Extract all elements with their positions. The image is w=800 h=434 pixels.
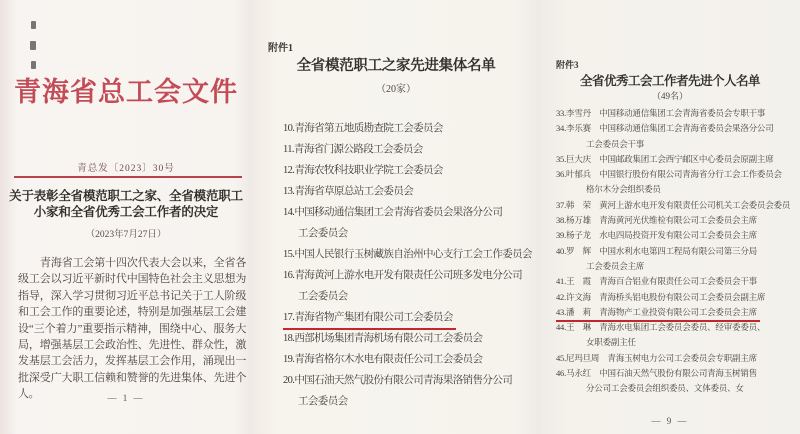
list-item: 16.青海黄河上游水电开发有限责任公司班多发电分公司 <box>283 265 532 286</box>
page-number-left: — 1 — <box>0 393 252 403</box>
scan-artifact <box>30 41 36 50</box>
list-item-text: 42.许文海 青海桥头铝电股份有限公司工会委员会副主席 <box>556 292 765 302</box>
list-item: 15.中国人民银行玉树藏族自治州中心支行工会工作委员会 <box>283 244 532 265</box>
attachment-3-title: 全省优秀工会工作者先进个人名单 <box>540 71 800 89</box>
list-item-text: 女职委副主任 <box>586 337 636 347</box>
list-item: 13.青海省草原总站工会委员会 <box>283 181 532 202</box>
list-item-text: 33.李雪丹 中国移动通信集团工会青海省委员会专职干事 <box>556 108 765 118</box>
list-item-text: 40.罗 辉 中国水利水电第四工程局有限公司第三分局 <box>556 246 757 256</box>
individual-name-list: 33.李雪丹 中国移动通信集团工会青海省委员会专职干事34.李乐赛 中国移动通信… <box>556 106 790 397</box>
list-item: 37.韩 荣 黄河上游水电开发有限责任公司机关工会委员会委员 <box>556 198 790 213</box>
scan-artifact <box>31 61 36 69</box>
list-item: 工会委员会 <box>283 286 532 307</box>
list-item-text: 格尔木分会组织委员 <box>586 184 661 194</box>
page-number-right: — 9 — <box>540 416 800 426</box>
list-item-text: 36.叶郁兵 中国银行股份有限公司青海省分行工会工作委员会 <box>556 169 782 179</box>
document-body-paragraph: 青海省工会第十四次代表大会以来，全省各级工会以习近平新时代中国特色社会主义思想为… <box>18 255 246 403</box>
list-item: 女职委副主任 <box>556 335 790 350</box>
scanned-document: 青海省总工会文件 青总发〔2023〕30号 关于表彰全省模范职工之家、全省模范职… <box>0 0 800 434</box>
collective-name-list: 10.青海省第五地质勘查院工会委员会11.青海省门源公路段工会委员会12.青海农… <box>283 118 532 412</box>
list-item-text: 工会委员会 <box>298 291 348 302</box>
document-title-line1: 关于表彰全省模范职工之家、全省模范职工 <box>6 189 246 205</box>
list-item-text: 45.尼玛旦周 青海玉树电力公司工会委员会专职副主席 <box>556 353 757 363</box>
document-number: 青总发〔2023〕30号 <box>0 160 252 174</box>
list-item-text: 37.韩 荣 黄河上游水电开发有限责任公司机关工会委员会委员 <box>556 200 790 210</box>
list-item: 20.中国石油天然气股份有限公司青海果洛销售分公司 <box>283 370 532 391</box>
document-header-title: 青海省总工会文件 <box>0 70 252 109</box>
list-item: 46.马永红 中国石油天然气股份有限公司青海玉树销售 <box>556 366 790 381</box>
list-item: 17.青海省物产集团有限公司工会委员会 <box>283 307 532 328</box>
list-item: 11.青海省门源公路段工会委员会 <box>283 139 532 160</box>
list-item: 18.西部机场集团青海机场有限公司工会委员会 <box>283 328 532 349</box>
document-title: 关于表彰全省模范职工之家、全省模范职工 小家和全省优秀工会工作者的决定 <box>6 189 246 220</box>
list-item-text: 工会委员会主席 <box>586 261 644 271</box>
list-item: 44.王 琳 青海水电集团工会委员会委员、经审委委员、 <box>556 320 790 335</box>
attachment-1-title: 全省模范职工之家先进集体名单 <box>252 54 540 75</box>
list-item-text: 工会委员会 <box>298 228 348 239</box>
list-item-text: 35.巨大庆 中国邮政集团工会西宁邮区中心委员会原副主席 <box>556 154 774 164</box>
attachment-1-page: 附件1 全省模范职工之家先进集体名单 （20家） 10.青海省第五地质勘查院工会… <box>252 0 540 434</box>
left-page-cover: 青海省总工会文件 青总发〔2023〕30号 关于表彰全省模范职工之家、全省模范职… <box>0 0 252 434</box>
list-item: 34.李乐赛 中国移动通信集团工会青海省委员会果洛分公司 <box>556 121 790 136</box>
list-item-text: 12.青海农牧科技职业学院工会委员会 <box>283 165 443 176</box>
list-item: 42.许文海 青海桥头铝电股份有限公司工会委员会副主席 <box>556 290 790 305</box>
list-item-text: 20.中国石油天然气股份有限公司青海果洛销售分公司 <box>283 375 512 386</box>
attachment-3-label: 附件3 <box>556 58 579 71</box>
list-item-text: 46.马永红 中国石油天然气股份有限公司青海玉树销售 <box>556 368 757 378</box>
list-item: 43.潘 莉 青海物产工业投资有限公司工会委员会主席 <box>556 305 790 320</box>
list-item-text: 11.青海省门源公路段工会委员会 <box>283 144 423 155</box>
list-item-text: 18.西部机场集团青海机场有限公司工会委员会 <box>283 333 482 344</box>
list-item: 38.杨万雄 青海黄河光伏维检有限公司工会委员会主席 <box>556 213 790 228</box>
list-item-text: 17.青海省物产集团有限公司工会委员会 <box>283 307 456 330</box>
list-item: 工会委员会 <box>283 391 532 412</box>
attachment-1-label: 附件1 <box>268 39 293 54</box>
list-item: 35.巨大庆 中国邮政集团工会西宁邮区中心委员会原副主席 <box>556 152 790 167</box>
list-item-text: 分公司工会委员会组织委员、文体委员、女 <box>586 383 744 393</box>
list-item-text: 13.青海省草原总站工会委员会 <box>283 186 413 197</box>
list-item-text: 39.杨子龙 水电四局投资开发有限公司工会委员会主席 <box>556 230 757 240</box>
list-item-text: 10.青海省第五地质勘查院工会委员会 <box>283 123 443 134</box>
scan-artifact <box>31 21 36 29</box>
list-item: 工会委员会主席 <box>556 259 790 274</box>
list-item: 33.李雪丹 中国移动通信集团工会青海省委员会专职干事 <box>556 106 790 121</box>
document-title-line2: 小家和全省优秀工会工作者的决定 <box>6 205 246 221</box>
list-item: 39.杨子龙 水电四局投资开发有限公司工会委员会主席 <box>556 228 790 243</box>
list-item: 36.叶郁兵 中国银行股份有限公司青海省分行工会工作委员会 <box>556 167 790 182</box>
list-item-text: 38.杨万雄 青海黄河光伏维检有限公司工会委员会主席 <box>556 215 757 225</box>
red-divider-rule <box>14 176 242 178</box>
attachment-1-count: （20家） <box>252 80 540 95</box>
list-item-text: 16.青海黄河上游水电开发有限责任公司班多发电分公司 <box>283 270 522 281</box>
attachment-3-count: （49名） <box>540 89 800 102</box>
list-item-text: 41.王 霞 青海百合铝业有限责任公司工会委员会干事 <box>556 276 757 286</box>
list-item: 45.尼玛旦周 青海玉树电力公司工会委员会专职副主席 <box>556 351 790 366</box>
list-item: 10.青海省第五地质勘查院工会委员会 <box>283 118 532 139</box>
list-item-text: 15.中国人民银行玉树藏族自治州中心支行工会工作委员会 <box>283 249 532 260</box>
list-item: 12.青海农牧科技职业学院工会委员会 <box>283 160 532 181</box>
list-item-text: 19.青海省格尔木水电有限责任公司工会委员会 <box>283 354 482 365</box>
list-item-text: 34.李乐赛 中国移动通信集团工会青海省委员会果洛分公司 <box>556 123 774 133</box>
list-item: 19.青海省格尔木水电有限责任公司工会委员会 <box>283 349 532 370</box>
list-item: 14.中国移动通信集团工会青海省委员会果洛分公司 <box>283 202 532 223</box>
attachment-3-page: 附件3 全省优秀工会工作者先进个人名单 （49名） 33.李雪丹 中国移动通信集… <box>540 0 800 434</box>
list-item-text: 工会委员会 <box>298 396 348 407</box>
list-item-text: 44.王 琳 青海水电集团工会委员会委员、经审委委员、 <box>556 322 765 332</box>
list-item: 40.罗 辉 中国水利水电第四工程局有限公司第三分局 <box>556 244 790 259</box>
list-item-text: 14.中国移动通信集团工会青海省委员会果洛分公司 <box>283 207 502 218</box>
list-item: 工会委员会 <box>283 223 532 244</box>
document-date: （2023年7月27日） <box>0 226 252 240</box>
list-item: 格尔木分会组织委员 <box>556 182 790 197</box>
list-item-text: 工会委员会干事 <box>586 139 644 149</box>
list-item: 41.王 霞 青海百合铝业有限责任公司工会委员会干事 <box>556 274 790 289</box>
list-item: 工会委员会干事 <box>556 137 790 152</box>
list-item: 分公司工会委员会组织委员、文体委员、女 <box>556 381 790 396</box>
